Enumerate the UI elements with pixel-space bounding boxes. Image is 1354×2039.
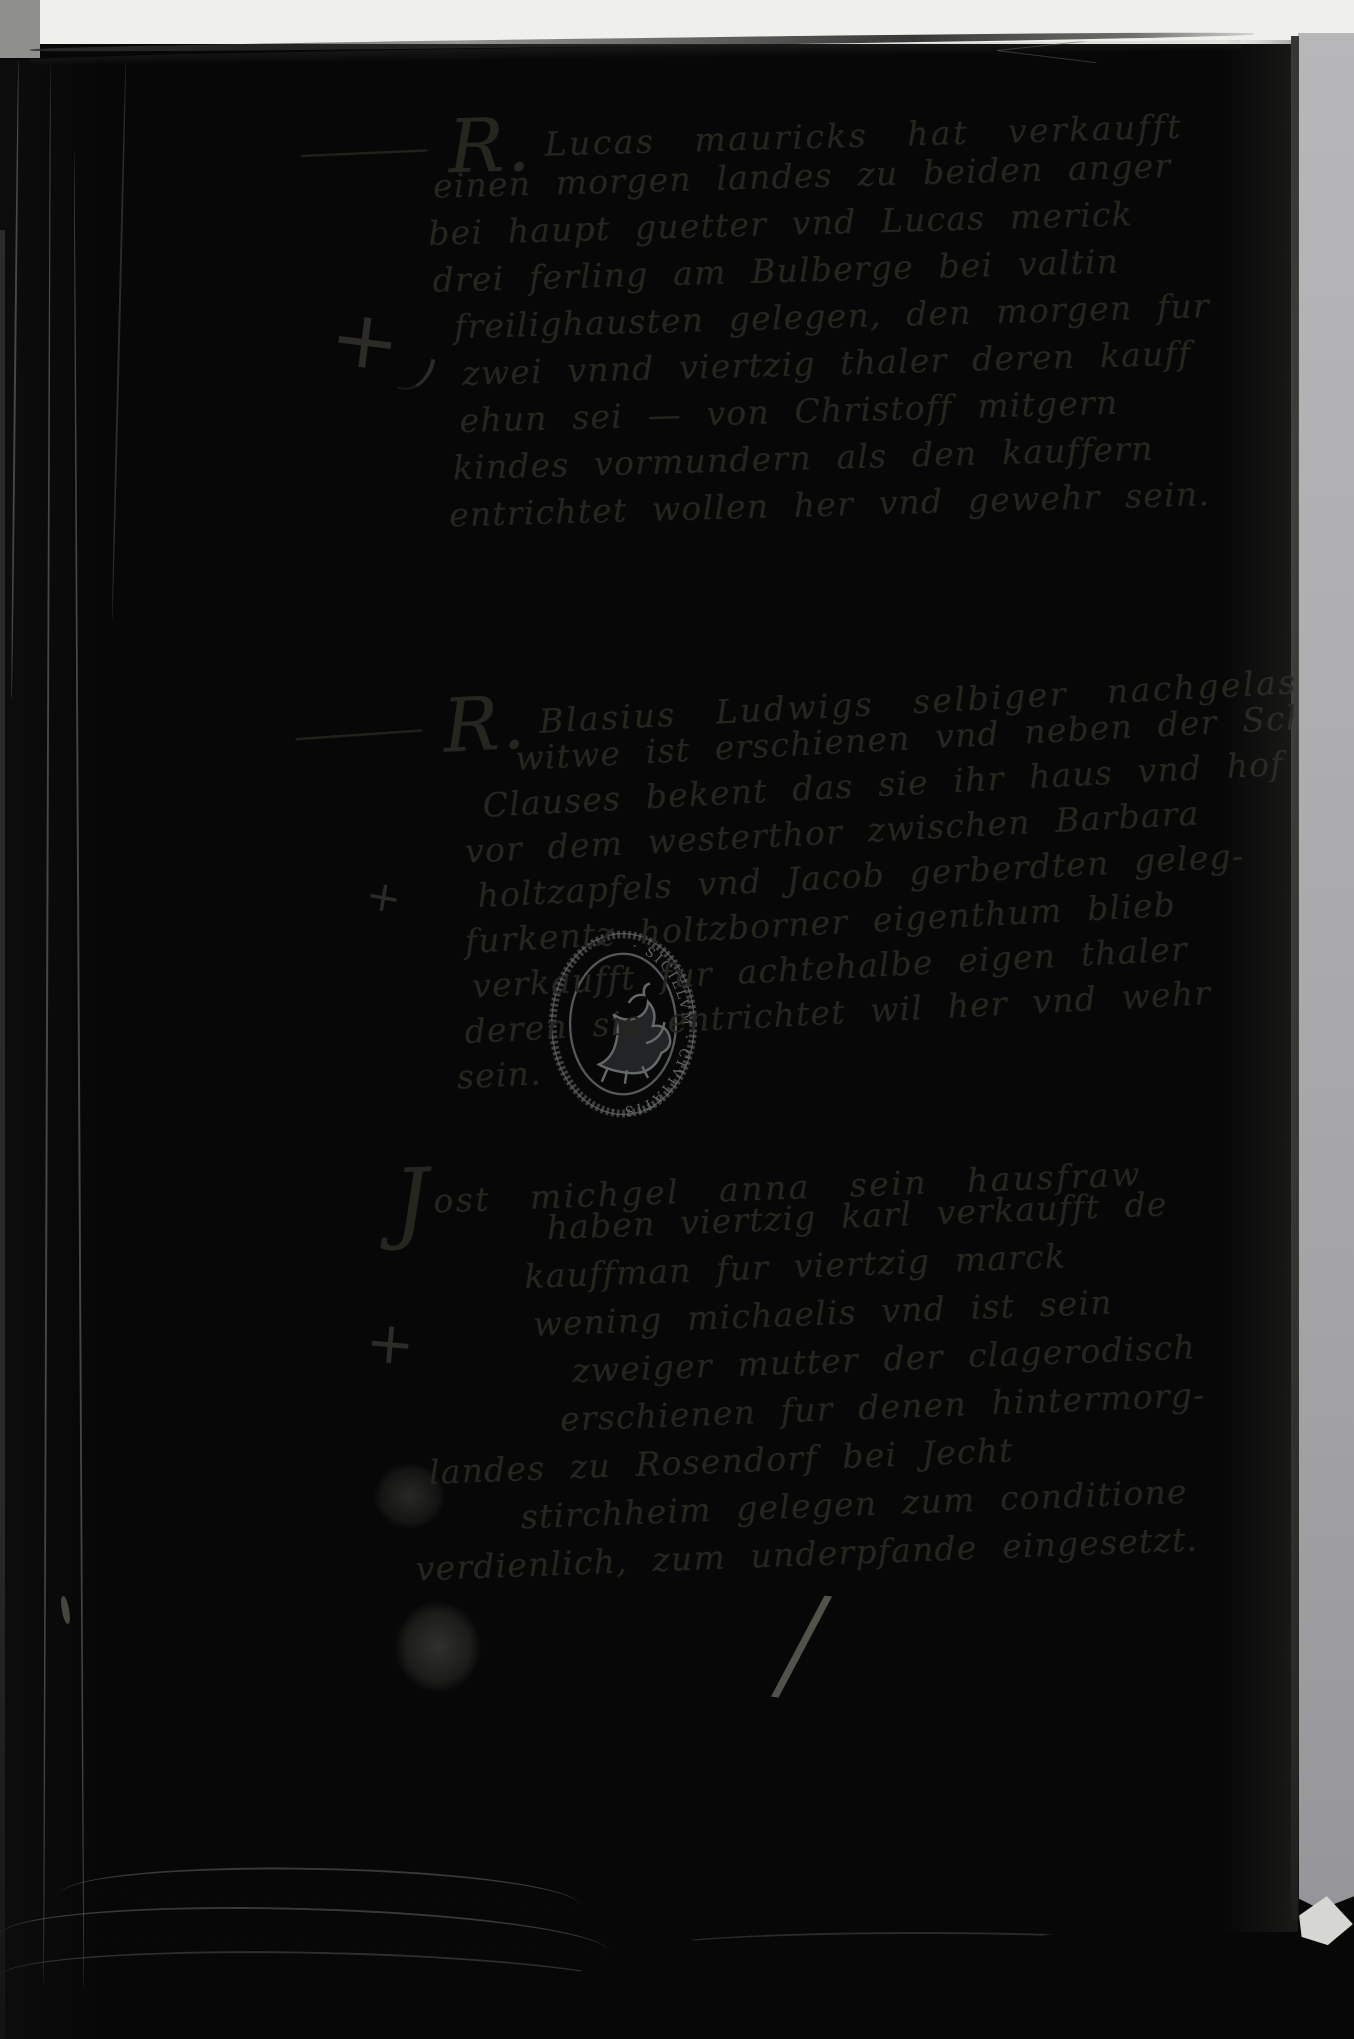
entry-paragraph-1: —R.Lucas mauricks hat verkaufft einen mo… — [348, 94, 1216, 541]
handwriting-layer: —R.Lucas mauricks hat verkaufft einen mo… — [0, 0, 1354, 2039]
entry-initial: R. — [448, 127, 533, 166]
manuscript-scan: · SIGILLVM · CIVITATIS · —R.Lucas mauric… — [0, 0, 1354, 2039]
entry-initial: R. — [442, 704, 528, 745]
initial-flourish: — — [281, 704, 445, 758]
margin-cross-mark: + — [364, 1312, 417, 1374]
entry-paragraph-3: Jost michgel anna sein hausfraw haben vi… — [392, 1131, 1212, 1594]
initial-flourish: — — [286, 124, 450, 177]
margin-cross-mark: + — [325, 296, 405, 384]
book-fore-edge — [1298, 33, 1354, 1917]
margin-cross-mark: + — [363, 873, 405, 920]
entry-initial: J — [393, 1179, 432, 1224]
entry-paragraph-2: —R.Blasius Ludwigs selbiger nachgelassen… — [342, 643, 1354, 1104]
